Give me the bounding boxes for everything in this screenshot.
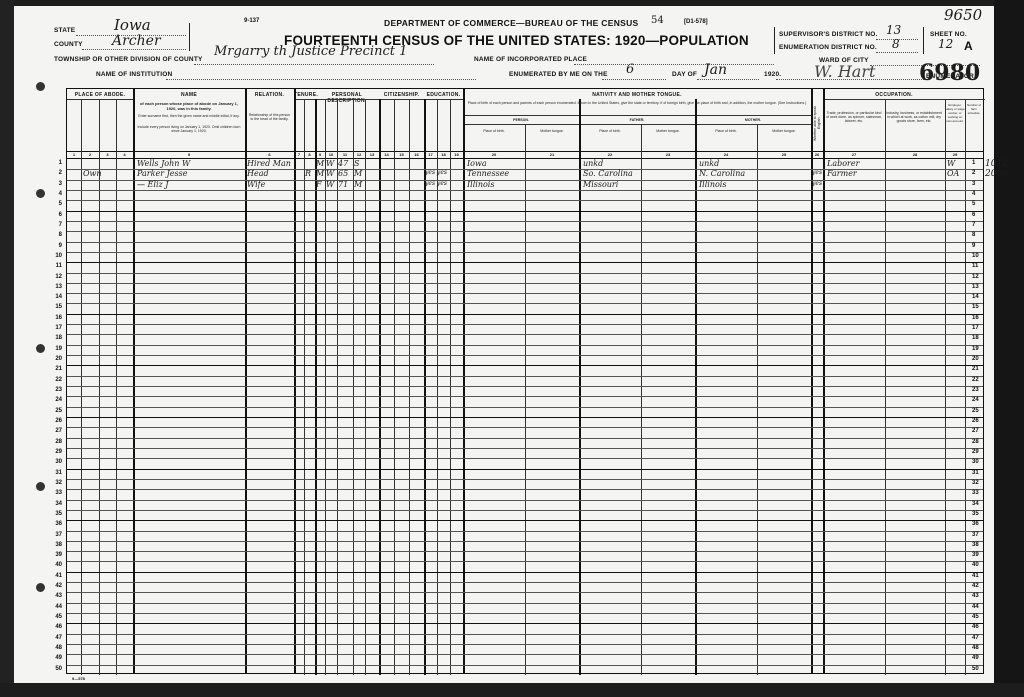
line-number: 26 [48,418,62,424]
line-number-right: 28 [972,439,979,445]
incorporated-line [574,64,774,65]
row-rule [67,561,983,562]
entry-name: Parker Jesse [137,169,187,178]
state-label: STATE [54,27,75,34]
row-rule [67,303,983,304]
row-rule [67,314,983,315]
row-rule [67,180,983,181]
line-number: 46 [48,624,62,630]
group-tenure: TENURE. [294,92,315,98]
group-nativity: NATIVITY AND MOTHER TONGUE. [463,92,811,98]
line-number-right: 27 [972,428,979,434]
line-number-right: 6 [972,212,975,218]
row-rule [67,644,983,645]
column-number: 29 [945,152,965,157]
column-number: 6 [245,152,294,157]
row-rule [67,520,983,521]
line-number: 25 [48,408,62,414]
column-number: 22 [579,152,641,157]
entry-marital: M [354,180,362,189]
line-number: 7 [48,222,62,228]
footer-code: 9—578 [72,676,85,681]
row-rule [67,376,983,377]
row-rule [67,613,983,614]
line-number: 30 [48,459,62,465]
entry-birth-father: Missouri [583,180,618,189]
entry-marital: M [354,169,362,178]
row-rule [67,252,983,253]
punch-hole [36,344,45,353]
row-rule [67,541,983,542]
row-rule [67,365,983,366]
township-label: TOWNSHIP OR OTHER DIVISION OF COUNTY [54,56,203,63]
line-number-right: 4 [972,191,975,197]
line-number: 36 [48,521,62,527]
speak-english-heading: Whether able to speak English. [813,99,821,147]
line-number-right: 35 [972,511,979,517]
column-number: 5 [133,152,245,157]
line-number-right: 21 [972,366,979,372]
line-number-right: 34 [972,501,979,507]
line-number: 33 [48,490,62,496]
entry-birth-mother: Illinois [699,180,726,189]
line-number: 45 [48,614,62,620]
enumerated-month: Jan [704,62,727,78]
line-number: 3 [48,181,62,187]
line-number-right: 44 [972,604,979,610]
row-rule [67,396,983,397]
line-number-right: 31 [972,470,979,476]
line-number-right: 20 [972,356,979,362]
row-rule [67,603,983,604]
row-rule [67,665,983,666]
row-rule [67,489,983,490]
entry-name: Wells John W [137,159,190,168]
enumerated-label: ENUMERATED BY ME ON THE [509,71,608,78]
institution-label: NAME OF INSTITUTION [96,71,172,78]
row-rule [67,458,983,459]
line-number: 13 [48,284,62,290]
entry-birth-father: So. Carolina [583,169,633,178]
line-number: 50 [48,666,62,672]
entry-age: 65 [338,169,348,178]
entry-relation: Wife [247,180,265,189]
line-number: 49 [48,655,62,661]
row-rule [67,438,983,439]
entry-english: yes [812,180,822,187]
scan-border-left [0,0,14,697]
line-number: 43 [48,593,62,599]
supervisor-value: 13 [886,23,901,37]
line-number: 14 [48,294,62,300]
form-number: 9-137 [244,18,259,24]
row-rule [67,242,983,243]
column-number: 1 [67,152,81,157]
line-number: 29 [48,449,62,455]
column-number: 2 [81,152,99,157]
census-table: PLACE OF ABODE. NAME RELATION. TENURE. P… [66,88,984,674]
entry-birth-person: Illinois [467,180,494,189]
header-divider [189,23,190,51]
column-rule [823,89,825,673]
father-birth-heading: Place of birth. [579,129,641,133]
line-number-right: 16 [972,315,979,321]
row-rule [67,510,983,511]
line-number: 47 [48,635,62,641]
column-number: 15 [394,152,409,157]
column-number: 20 [463,152,525,157]
county-value: Archer [112,33,161,49]
line-number: 44 [48,604,62,610]
entry-occupation: Farmer [827,169,857,178]
line-number: 37 [48,532,62,538]
sheet-letter: A [964,39,973,53]
line-number-right: 19 [972,346,979,352]
line-number: 40 [48,562,62,568]
line-number: 42 [48,583,62,589]
row-rule [67,654,983,655]
entry-side-note: 2000 [985,169,1008,179]
column-number: 18 [437,152,450,157]
row-rule [67,190,983,191]
institution-line [166,79,476,80]
punch-hole [36,482,45,491]
line-number-right: 40 [972,562,979,568]
row-rule [67,417,983,418]
day-line [602,79,666,80]
line-number-right: 1 [972,160,975,166]
column-number: 21 [525,152,579,157]
row-rule [67,386,983,387]
line-number-right: 10 [972,253,979,259]
column-number: 3 [99,152,116,157]
entry-english: yes [812,169,822,176]
line-number-right: 15 [972,304,979,310]
group-relation: RELATION. [245,92,294,98]
line-number-right: 12 [972,274,979,280]
person-tongue-heading: Mother tongue. [525,129,579,133]
occupation-trade-heading: Trade, profession, or particular kind of… [825,111,883,123]
enumerated-day: 6 [626,62,634,77]
entry-race: W [326,169,334,178]
enumerator-annotation: 6980 [919,60,980,86]
column-number: 16 [409,152,424,157]
group-citizenship: CITIZENSHIP. [379,92,424,98]
column-number: 4 [116,152,133,157]
entry-relation: Head [247,169,269,178]
line-number-right: 30 [972,459,979,465]
group-name: NAME [133,92,245,98]
row-rule [67,427,983,428]
line-number-right: 3 [972,181,975,187]
line-number-right: 2 [972,170,975,176]
line-number: 38 [48,542,62,548]
entry-sex: M [316,169,324,178]
row-rule [67,551,983,552]
line-number: 41 [48,573,62,579]
line-number: 34 [48,501,62,507]
entry-read: yes yes [425,169,447,176]
entry-relation: Hired Man [247,159,291,168]
father-tongue-heading: Mother tongue. [641,129,695,133]
line-number-right: 50 [972,666,979,672]
entry-tenure: R [305,169,311,178]
scan-border-right [994,0,1024,697]
line-number: 2 [48,170,62,176]
occupation-industry-heading: Industry, business, or establishment in … [885,111,943,123]
line-number-right: 29 [972,449,979,455]
line-number-right: 49 [972,655,979,661]
county-label: COUNTY [54,41,83,48]
form-code: [D1-578] [684,19,708,25]
row-rule [67,221,983,222]
line-number: 9 [48,243,62,249]
month-line [697,79,759,80]
entry-sex: M [316,159,324,168]
line-number-right: 47 [972,635,979,641]
state-value: Iowa [114,16,151,34]
line-number-right: 41 [972,573,979,579]
occupation-employer-heading: Employer, salary or wage worker, or work… [945,103,965,123]
line-number: 39 [48,552,62,558]
column-number: 28 [885,152,945,157]
row-rule [67,623,983,624]
nativity-description: Place of birth of each person and parent… [467,101,807,105]
column-number: 27 [823,152,885,157]
line-number: 8 [48,232,62,238]
entry-name: — Eliz J [137,180,168,189]
entry-employer: W [947,159,955,168]
person-birth-heading: Place of birth. [463,129,525,133]
entry-occupation: Laborer [827,159,859,168]
line-number-right: 25 [972,408,979,414]
entry-home-owned: Own [83,169,102,178]
line-number-right: 18 [972,335,979,341]
line-number-right: 45 [972,614,979,620]
row-rule [67,531,983,532]
column-number: 23 [641,152,695,157]
name-instruction-2: Include every person living on January 1… [137,125,241,133]
entry-sex: F [316,180,322,189]
column-number: 24 [695,152,757,157]
farm-schedule-heading: Number of farm schedule. [965,103,983,115]
line-number: 6 [48,212,62,218]
row-rule [67,262,983,263]
line-number-right: 22 [972,377,979,383]
entry-side-note: 1012 [985,159,1008,169]
row-rule [67,283,983,284]
department-heading: DEPARTMENT OF COMMERCE—BUREAU OF THE CEN… [384,18,639,28]
line-number-right: 14 [972,294,979,300]
line-number: 10 [48,253,62,259]
mother-heading: MOTHER. [695,118,811,122]
scan-border-bottom [0,683,1024,697]
row-rule [67,273,983,274]
row-rule [67,355,983,356]
punch-hole [36,189,45,198]
column-number: 12 [353,152,365,157]
census-title: FOURTEENTH CENSUS OF THE UNITED STATES: … [284,33,749,48]
rule [823,99,985,100]
line-number: 11 [48,263,62,269]
line-number-right: 46 [972,624,979,630]
line-number: 4 [48,191,62,197]
entry-birth-mother: unkd [699,159,719,168]
line-number-right: 23 [972,387,979,393]
entry-birth-mother: N. Carolina [699,169,745,178]
enumeration-label: ENUMERATION DISTRICT NO. [779,44,877,51]
incorporated-label: NAME OF INCORPORATED PLACE [474,56,587,63]
line-number: 28 [48,439,62,445]
line-number-right: 24 [972,397,979,403]
line-number-right: 36 [972,521,979,527]
punch-hole [36,82,45,91]
punch-hole [36,583,45,592]
supervisor-label: SUPERVISOR'S DISTRICT NO. [779,31,878,38]
column-number: 13 [365,152,379,157]
entry-employer: OA [947,169,959,178]
person-heading: PERSON. [463,118,579,122]
line-number-right: 13 [972,284,979,290]
line-number: 31 [48,470,62,476]
row-rule [67,572,983,573]
entry-birth-person: Tennessee [467,169,509,178]
stamp-number: 54 [651,15,664,26]
column-rule [463,89,465,673]
row-rule [67,582,983,583]
column-rule [294,89,296,673]
row-rule [67,479,983,480]
line-number: 22 [48,377,62,383]
name-description: of each person whose place of abode on J… [137,101,241,111]
line-number-right: 26 [972,418,979,424]
line-number: 15 [48,304,62,310]
row-rule [67,345,983,346]
line-number: 1 [48,160,62,166]
mother-tongue-heading: Mother tongue. [757,129,811,133]
row-rule [67,407,983,408]
line-number-right: 37 [972,532,979,538]
row-rule [67,469,983,470]
row-rule [67,634,983,635]
county-line [82,49,186,50]
column-number: 8 [304,152,315,157]
row-rule [67,448,983,449]
year-label: 1920. [764,71,781,78]
rule [67,99,133,100]
line-number: 17 [48,325,62,331]
line-number-right: 7 [972,222,975,228]
row-rule [67,334,983,335]
entry-marital: S [354,159,359,168]
line-number: 5 [48,201,62,207]
line-number-right: 42 [972,583,979,589]
row-rule [67,211,983,212]
census-sheet: STATE Iowa COUNTY Archer TOWNSHIP OR OTH… [14,6,994,683]
line-number-right: 8 [972,232,975,238]
line-number-right: 39 [972,552,979,558]
township-line [194,64,434,65]
line-number: 27 [48,428,62,434]
column-number: 10 [325,152,337,157]
column-number: 19 [450,152,463,157]
entry-birth-person: Iowa [467,159,487,168]
column-number: 25 [757,152,811,157]
column-rule [811,89,813,673]
line-number: 48 [48,645,62,651]
line-number-right: 17 [972,325,979,331]
line-number-right: 48 [972,645,979,651]
column-rule [133,89,135,673]
rule [463,124,811,125]
line-number: 32 [48,480,62,486]
row-rule [67,293,983,294]
entry-race: W [326,159,334,168]
line-number: 20 [48,356,62,362]
line-number-right: 5 [972,201,975,207]
line-number-right: 33 [972,490,979,496]
enumeration-value: 8 [892,37,900,51]
line-number: 12 [48,274,62,280]
relation-description: Relationship of this person to the head … [247,113,292,121]
line-number: 16 [48,315,62,321]
row-rule [67,231,983,232]
row-rule [67,500,983,501]
mother-birth-heading: Place of birth. [695,129,757,133]
column-number: 14 [379,152,394,157]
line-number: 21 [48,366,62,372]
group-education: EDUCATION. [424,92,463,98]
line-number-right: 32 [972,480,979,486]
line-number: 19 [48,346,62,352]
line-number-right: 11 [972,263,978,269]
line-number: 18 [48,335,62,341]
entry-race: W [326,180,334,189]
row-rule [67,592,983,593]
line-number-right: 9 [972,243,975,249]
line-number-right: 38 [972,542,979,548]
group-occupation: OCCUPATION. [823,92,965,98]
entry-age: 71 [338,180,348,189]
row-rule [67,200,983,201]
corner-annotation: 9650 [944,6,982,24]
entry-age: 47 [338,159,348,168]
father-heading: FATHER. [579,118,695,122]
line-number: 24 [48,397,62,403]
sheet-value: 12 [938,37,953,51]
name-instruction-1: Enter surname first, then the given name… [137,114,241,118]
enumerator-signature: W. Hart [814,62,875,81]
column-number: 11 [337,152,353,157]
row-rule [67,324,983,325]
day-of-label: DAY OF [672,71,697,78]
line-number-right: 43 [972,593,979,599]
entry-birth-father: unkd [583,159,603,168]
enumeration-line [876,52,918,53]
line-number: 23 [48,387,62,393]
line-number: 35 [48,511,62,517]
group-place-of-abode: PLACE OF ABODE. [67,92,133,98]
entry-read: yes yes [425,180,447,187]
rule [463,115,811,116]
